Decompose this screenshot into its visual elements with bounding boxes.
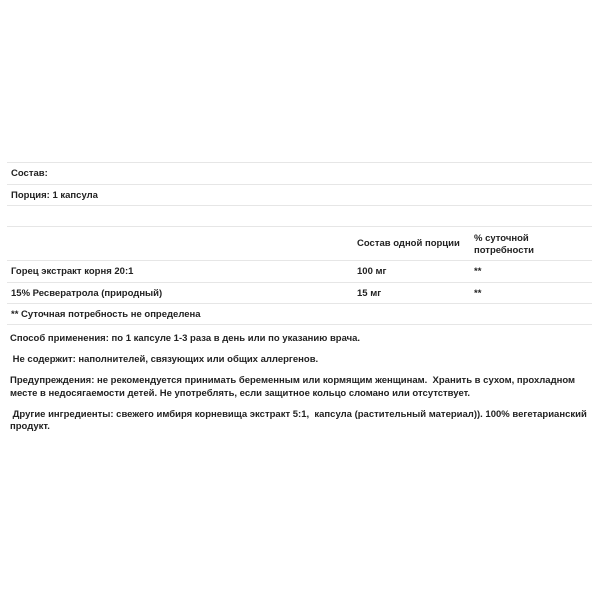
per-serving-column-header: Состав одной порции bbox=[357, 227, 460, 261]
other-ingredients: Другие ингредиенты: свежего имбиря корне… bbox=[10, 409, 590, 434]
ingredient-amount: 100 мг bbox=[357, 261, 386, 282]
ingredient-name: 15% Ресвератрола (природный) bbox=[11, 283, 162, 304]
ingredient-name: Горец экстракт корня 20:1 bbox=[11, 261, 133, 282]
table-header-row: Состав одной порции % суточной потребнос… bbox=[7, 226, 592, 260]
table-row: Горец экстракт корня 20:1 100 мг ** bbox=[7, 260, 592, 282]
ingredient-amount: 15 мг bbox=[357, 283, 381, 304]
serving-size-row: Порция: 1 капсула bbox=[7, 184, 592, 206]
composition-title: Состав: bbox=[11, 163, 48, 184]
footnote-row: ** Суточная потребность не определена bbox=[7, 303, 592, 325]
daily-value-column-header: % суточной потребности bbox=[474, 233, 554, 257]
serving-size: Порция: 1 капсула bbox=[11, 185, 98, 206]
daily-value-footnote: ** Суточная потребность не определена bbox=[11, 304, 201, 325]
spacer-row bbox=[7, 205, 592, 226]
free-of-statement: Не содержит: наполнителей, связующих или… bbox=[10, 354, 590, 367]
composition-title-row: Состав: bbox=[7, 162, 592, 184]
ingredient-daily-value: ** bbox=[474, 261, 481, 282]
warnings: Предупреждения: не рекомендуется принима… bbox=[10, 375, 590, 400]
product-notes: Способ применения: по 1 капсуле 1-3 раза… bbox=[10, 333, 590, 442]
usage-instructions: Способ применения: по 1 капсуле 1-3 раза… bbox=[10, 333, 590, 346]
supplement-facts-table: Состав: Порция: 1 капсула Состав одной п… bbox=[7, 162, 592, 325]
table-row: 15% Ресвератрола (природный) 15 мг ** bbox=[7, 282, 592, 304]
ingredient-daily-value: ** bbox=[474, 283, 481, 304]
